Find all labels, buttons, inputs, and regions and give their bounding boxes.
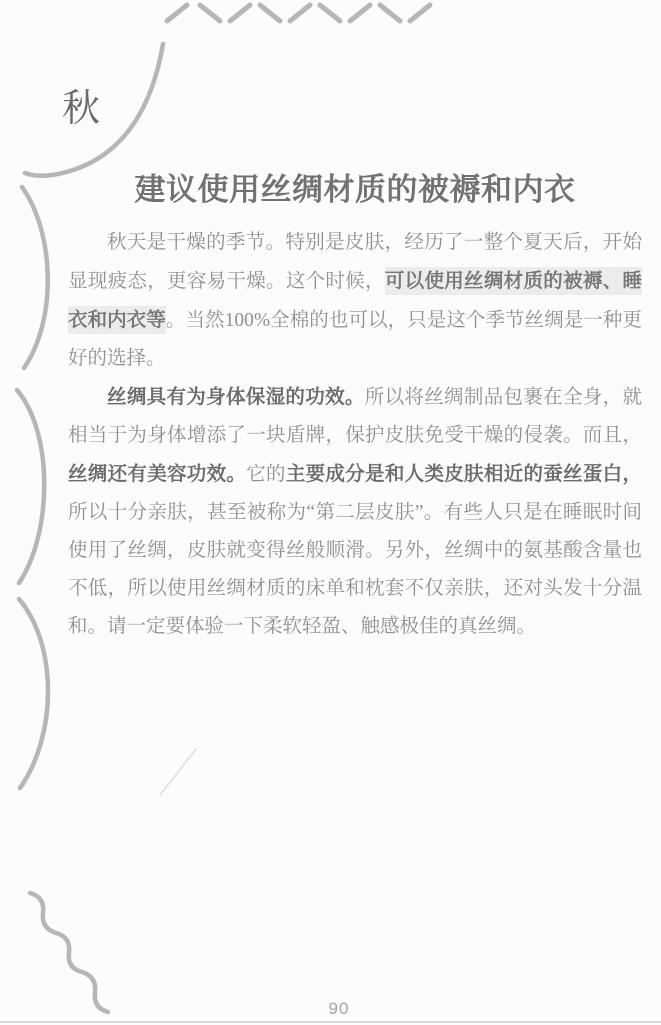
text-segment-normal: 它的 <box>246 464 286 485</box>
margin-arc-2 <box>17 390 44 583</box>
text-segment-bold: 丝绸具有为身体保湿的功效。 <box>107 386 365 408</box>
book-page: 秋 建议使用丝绸材质的被褥和内衣 秋天是干燥的季节。特别是皮肤，经历了一整个夏天… <box>0 0 661 1025</box>
page-bottom-edge-line <box>0 1021 661 1023</box>
page-number: 90 <box>0 999 661 1019</box>
text-segment-bold: 主要成分是和人类皮肤相近的蚕丝蛋白， <box>286 463 642 485</box>
squiggle-ornament <box>30 893 108 1012</box>
page-title: 建议使用丝绸材质的被褥和内衣 <box>68 168 642 212</box>
body-text: 秋天是干燥的季节。特别是皮肤，经历了一整个夏天后，开始显现疲态，更容易干燥。这个… <box>68 224 642 646</box>
margin-arc-1 <box>22 187 48 368</box>
zigzag-ornament <box>167 5 430 21</box>
paragraph: 丝绸具有为身体保湿的功效。所以将丝绸制品包裹在全身，就相当于为身体增添了一块盾牌… <box>68 378 642 646</box>
margin-arc-3 <box>19 599 48 788</box>
faint-scratch-mark <box>160 749 196 795</box>
paragraph: 秋天是干燥的季节。特别是皮肤，经历了一整个夏天后，开始显现疲态，更容易干燥。这个… <box>68 224 642 378</box>
text-segment-normal: 所以十分亲肤，甚至被称为“第二层皮肤”。有些人只是在睡眠时间使用了丝绸，皮肤就变… <box>68 502 642 637</box>
season-label: 秋 <box>62 90 100 128</box>
text-segment-bold: 丝绸还有美容功效。 <box>68 463 246 485</box>
